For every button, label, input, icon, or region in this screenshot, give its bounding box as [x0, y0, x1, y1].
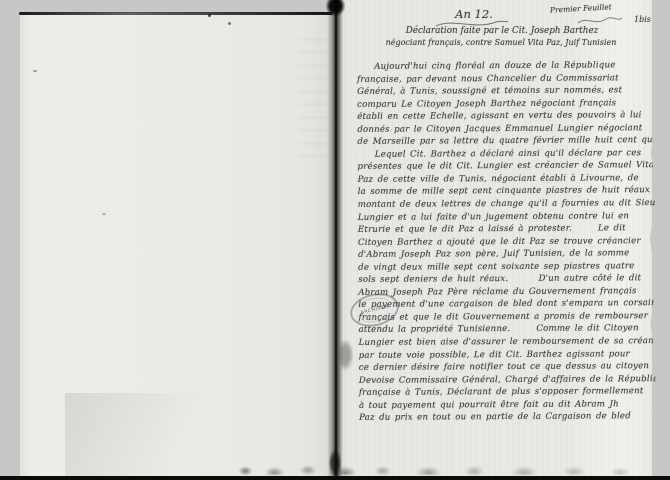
- bottom-stain: [233, 459, 649, 475]
- scanned-manuscript: An 12. Premier Feuillet 1bis Déclaration…: [0, 0, 670, 480]
- manuscript-body: Aujourd'hui cinq floréal an douze de la …: [357, 59, 659, 425]
- document-title-line2: négociant français, contre Samuel Vita P…: [356, 38, 646, 47]
- manuscript-line: Lungier est bien aise d'assurer le rembo…: [359, 335, 659, 349]
- folio-number: 1bis: [634, 15, 651, 24]
- scan-bottom-border: [0, 476, 670, 480]
- document-title-line1: Déclaration faite par le Cit. Joseph Bar…: [366, 26, 638, 36]
- ink-speck: [102, 213, 106, 215]
- ink-speck: [228, 22, 231, 25]
- archives-stamp-label: ARCHIVES: [360, 304, 389, 316]
- book-gutter-line: [335, 0, 337, 476]
- right-page: An 12. Premier Feuillet 1bis Déclaration…: [338, 0, 652, 476]
- page-top-edge-shadow: [19, 12, 333, 15]
- manuscript-line: montant de deux lettres de change qu'il …: [358, 197, 658, 211]
- left-page: [20, 13, 333, 476]
- ink-speck: [33, 70, 37, 72]
- manuscript-line: Paz du prix en tout ou en partie de la C…: [359, 410, 659, 424]
- worn-corner: [65, 393, 255, 476]
- gutter-ink-blot: [326, 0, 345, 16]
- ink-bleedthrough: [298, 37, 330, 157]
- manuscript-line: Aujourd'hui cinq floréal an douze de la …: [357, 59, 657, 73]
- ink-speck: [208, 14, 211, 17]
- gutter-smudge: [337, 340, 353, 370]
- feuillet-heading: Premier Feuillet: [550, 2, 612, 14]
